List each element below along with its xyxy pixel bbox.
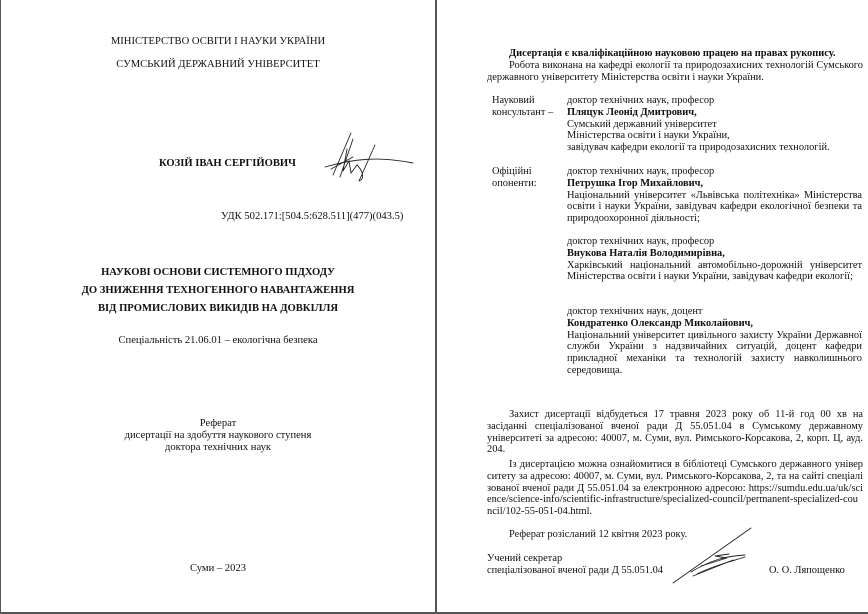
specialty: Спеціальність 21.06.01 – екологічна безп… <box>1 335 435 347</box>
opponent-name: Кондратенко Олександр Миколайович, <box>567 318 862 330</box>
opponent-affiliation: Харківський національний автомобільно-до… <box>567 260 862 284</box>
ministry-name: МІНІСТЕРСТВО ОСВІТИ І НАУКИ УКРАЇНИ <box>1 36 435 48</box>
city-year: Суми – 2023 <box>1 563 435 575</box>
opponent-affiliation: Національний університет «Львівська полі… <box>567 190 862 225</box>
library-info: Із дисертацією можна ознайомитися в бібл… <box>487 459 863 518</box>
opponent-details: доктор технічних наук, професор Петрушка… <box>567 166 862 225</box>
label-line: Офіційні <box>492 166 567 178</box>
opponent-degree: доктор технічних наук, доцент <box>567 306 862 318</box>
library-text: Із дисертацією можна ознайомитися в бібл… <box>487 459 863 518</box>
consultant-degree: доктор технічних наук, професор <box>567 95 862 107</box>
consultant-affiliation: завідувач кафедри екології та природозах… <box>567 142 862 154</box>
title-line: ДО ЗНИЖЕННЯ ТЕХНОГЕННОГО НАВАНТАЖЕННЯ <box>1 282 435 300</box>
defense-info: Захист дисертації відбудеться 17 травня … <box>487 409 863 456</box>
title-line: НАУКОВІ ОСНОВИ СИСТЕМНОГО ПІДХОДУ <box>1 264 435 282</box>
secretary-label: Учений секретар спеціалізованої вченої р… <box>487 553 663 577</box>
opponent-affiliation: Національний університет цивільного захи… <box>567 330 862 377</box>
label-line: опоненти: <box>492 178 567 190</box>
title-line: ВІД ПРОМИСЛОВИХ ВИКИДІВ НА ДОВКІЛЛЯ <box>1 300 435 318</box>
opponent-name: Петрушка Ігор Михайлович, <box>567 178 862 190</box>
secretary-signature-icon <box>671 526 753 586</box>
label-line: консультант – <box>492 107 567 119</box>
manuscript-note: Дисертація є кваліфікаційною науковою пр… <box>487 48 863 60</box>
opponent-degree: доктор технічних наук, професор <box>567 166 862 178</box>
intro-paragraph: Дисертація є кваліфікаційною науковою пр… <box>487 48 863 83</box>
consultant-affiliation: Міністерства освіти і науки України, <box>567 130 862 142</box>
author-name: КОЗІЙ ІВАН СЕРГІЙОВИЧ <box>159 158 296 170</box>
opponent-details: доктор технічних наук, доцент Кондратенк… <box>567 306 862 377</box>
opponents-label-text: Офіційні опоненти: <box>492 166 567 190</box>
sent-date: Реферат розісланий 12 квітня 2023 року. <box>509 529 687 541</box>
label-line: Учений секретар <box>487 553 663 565</box>
consultant-affiliation: Сумський державний університет <box>567 119 862 131</box>
author-signature-icon <box>323 131 415 186</box>
consultant-name: Пляцук Леонід Дмитрович, <box>567 107 862 119</box>
consultant-details: доктор технічних наук, професор Пляцук Л… <box>567 95 862 154</box>
secretary-name: О. О. Ляпощенко <box>769 565 845 577</box>
abstract-description: Реферат дисертації на здобуття наукового… <box>1 418 435 454</box>
abstract-line: Реферат <box>1 418 435 430</box>
university-name: СУМСЬКИЙ ДЕРЖАВНИЙ УНІВЕРСИТЕТ <box>1 59 435 71</box>
consultant-label: Науковий консультант – <box>492 95 567 119</box>
abstract-line: доктора технічних наук <box>1 442 435 454</box>
info-page: Дисертація є кваліфікаційною науковою пр… <box>437 0 868 614</box>
label-line: Науковий <box>492 95 567 107</box>
dissertation-title: НАУКОВІ ОСНОВИ СИСТЕМНОГО ПІДХОДУ ДО ЗНИ… <box>1 264 435 318</box>
opponent-name: Внукова Наталія Володимирівна, <box>567 248 862 260</box>
work-place: Робота виконана на кафедрі екології та п… <box>487 60 863 84</box>
title-page: МІНІСТЕРСТВО ОСВІТИ І НАУКИ УКРАЇНИ СУМС… <box>0 0 437 614</box>
abstract-line: дисертації на здобуття наукового ступеня <box>1 430 435 442</box>
opponent-degree: доктор технічних наук, професор <box>567 236 862 248</box>
udc-code: УДК 502.171:[504.5:628.511](477)(043.5) <box>221 211 403 223</box>
opponent-details: доктор технічних наук, професор Внукова … <box>567 236 862 283</box>
defense-text: Захист дисертації відбудеться 17 травня … <box>487 409 863 456</box>
label-line: спеціалізованої вченої ради Д 55.051.04 <box>487 565 663 577</box>
